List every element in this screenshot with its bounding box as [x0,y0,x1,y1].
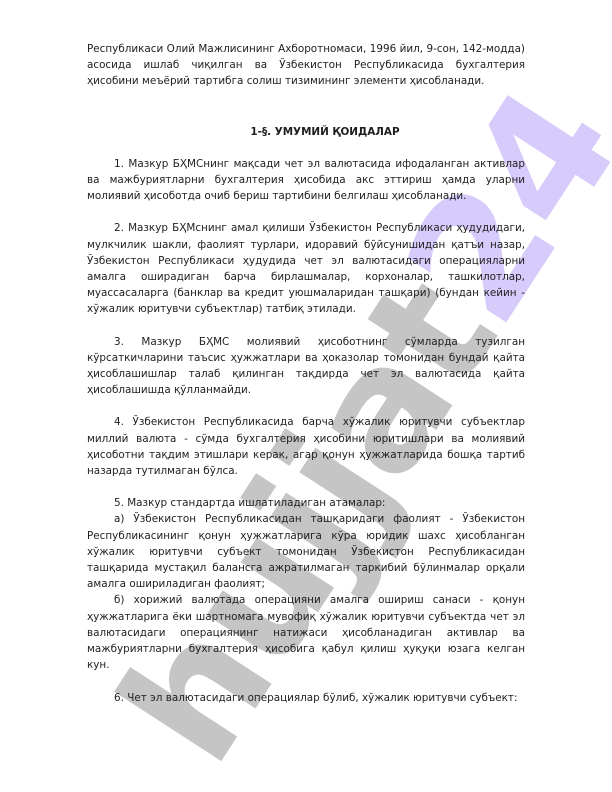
document-body: Республикаси Олий Мажлисининг Ахборотном… [87,41,525,706]
paragraph-5-lead: 5. Мазкур стандартда ишлатиладиган атама… [87,495,525,511]
paragraph-1: 1. Мазкур БҲМСнинг мақсади чет эл валюта… [87,156,525,205]
paragraph-6: 6. Чет эл валютасидаги операциялар бўлиб… [87,690,525,706]
paragraph-2: 2. Мазкур БҲМснинг амал қилиши Ўзбекисто… [87,220,525,317]
paragraph-5b: б) хорижий валютада операцияни амалга ош… [87,592,525,673]
document-page: hujjat24 Республикаси Олий Мажлисининг А… [0,0,612,792]
intro-paragraph: Республикаси Олий Мажлисининг Ахборотном… [87,41,525,90]
paragraph-3: 3. Мазкур БҲМС молиявий ҳисоботнинг сўмл… [87,334,525,399]
paragraph-5a: а) Ўзбекистон Республикасидан ташқаридаг… [87,511,525,592]
section-title: 1-§. УМУМИЙ ҚОИДАЛАР [87,124,525,140]
paragraph-4: 4. Ўзбекистон Республикасида барча хўжал… [87,414,525,479]
